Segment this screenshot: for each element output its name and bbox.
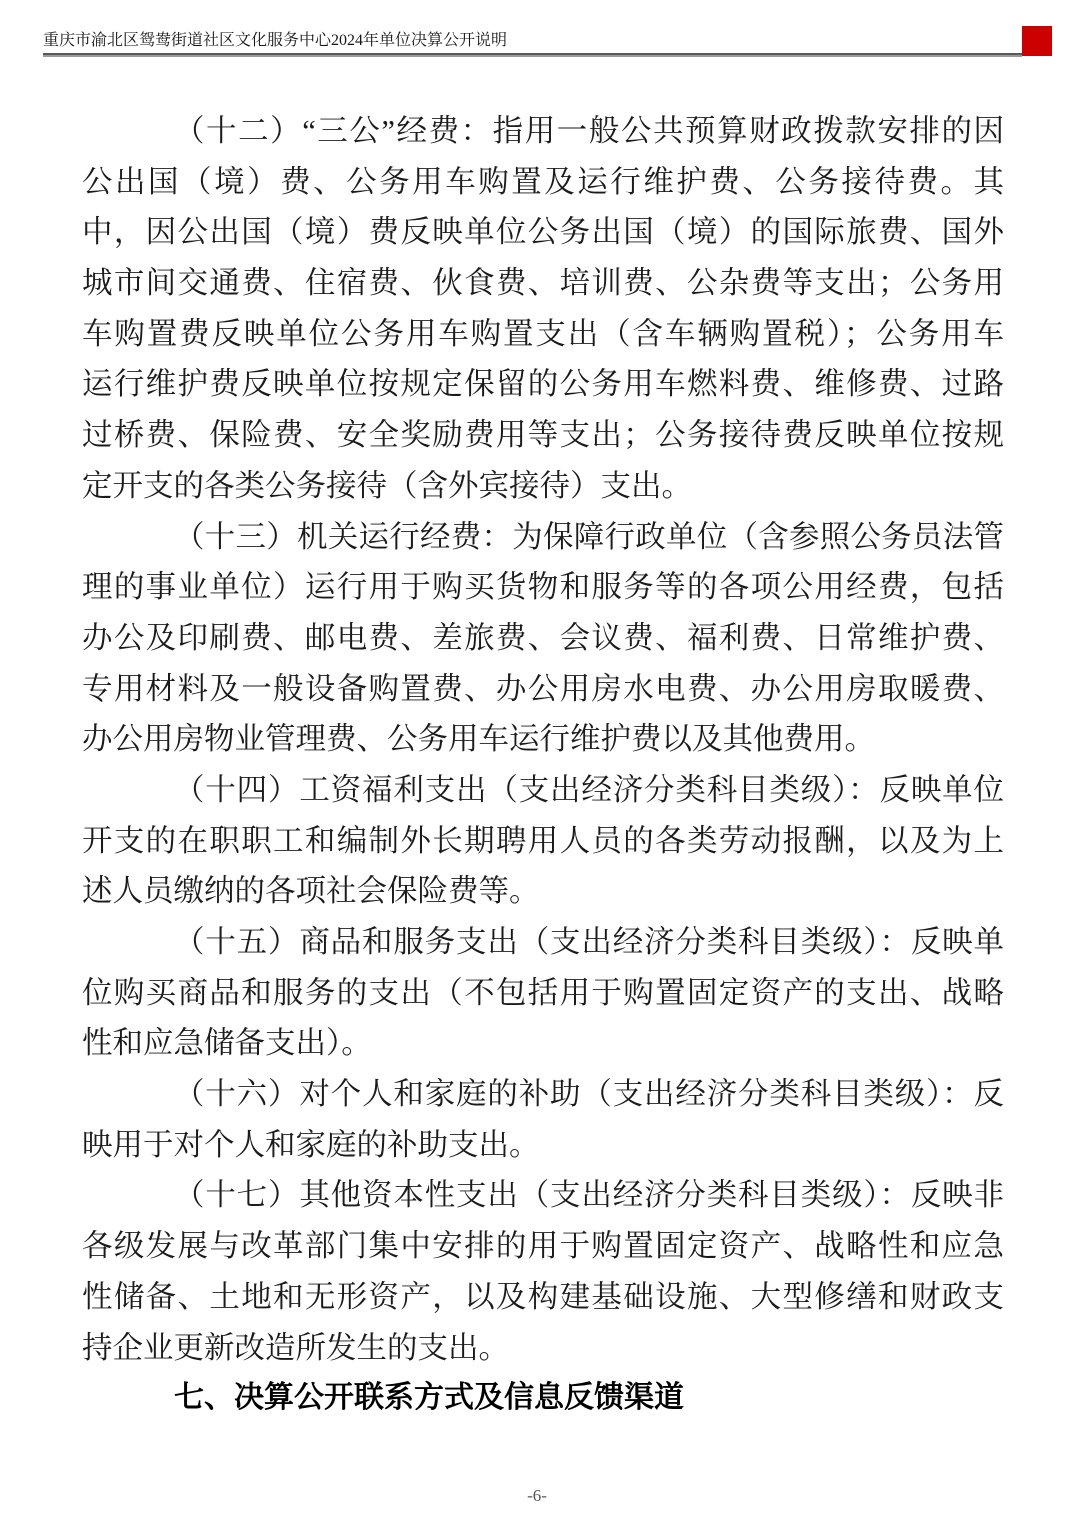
text-line: 城市间交通费、住宿费、伙食费、培训费、公杂费等支出；公务用 bbox=[82, 258, 1004, 309]
text-line: （十六）对个人和家庭的补助（支出经济分类科目类级）：反 bbox=[82, 1069, 1004, 1120]
text-line: （十七）其他资本性支出（支出经济分类科目类级）：反映非 bbox=[82, 1170, 1004, 1221]
text-line: （十二）“三公”经费：指用一般公共预算财政拨款安排的因 bbox=[82, 106, 1004, 157]
text-line: 各级发展与改革部门集中安排的用于购置固定资产、战略性和应急 bbox=[82, 1221, 1004, 1272]
text-line: 车购置费反映单位公务用车购置支出（含车辆购置税）；公务用车 bbox=[82, 309, 1004, 360]
text-line: 运行维护费反映单位按规定保留的公务用车燃料费、维修费、过路 bbox=[82, 359, 1004, 410]
text-line: 位购买商品和服务的支出（不包括用于购置固定资产的支出、战略 bbox=[82, 968, 1004, 1019]
text-line: （十三）机关运行经费：为保障行政单位（含参照公务员法管 bbox=[82, 512, 1004, 563]
text-line: 定开支的各类公务接待（含外宾接待）支出。 bbox=[82, 461, 1004, 512]
text-line: 中，因公出国（境）费反映单位公务出国（境）的国际旅费、国外 bbox=[82, 207, 1004, 258]
text-line: 办公用房物业管理费、公务用车运行维护费以及其他费用。 bbox=[82, 714, 1004, 765]
text-line: 专用材料及一般设备购置费、办公用房水电费、办公用房取暖费、 bbox=[82, 664, 1004, 715]
text-line: （十五）商品和服务支出（支出经济分类科目类级）：反映单 bbox=[82, 917, 1004, 968]
red-marker bbox=[1022, 26, 1052, 56]
text-line: 性储备、土地和无形资产，以及构建基础设施、大型修缮和财政支 bbox=[82, 1272, 1004, 1323]
document-page: 重庆市渝北区鸳鸯街道社区文化服务中心2024年单位决算公开说明 （十二）“三公”… bbox=[0, 0, 1074, 1520]
text-line: 理的事业单位）运行用于购买货物和服务等的各项公用经费，包括 bbox=[82, 562, 1004, 613]
text-line: （十四）工资福利支出（支出经济分类科目类级）：反映单位 bbox=[82, 765, 1004, 816]
text-line: 持企业更新改造所发生的支出。 bbox=[82, 1323, 1004, 1374]
page-number: -6- bbox=[0, 1486, 1074, 1506]
header-rule bbox=[43, 53, 1022, 57]
document-body: （十二）“三公”经费：指用一般公共预算财政拨款安排的因公出国（境）费、公务用车购… bbox=[82, 106, 1004, 1424]
text-line: 述人员缴纳的各项社会保险费等。 bbox=[82, 866, 1004, 917]
text-line: 办公及印刷费、邮电费、差旅费、会议费、福利费、日常维护费、 bbox=[82, 613, 1004, 664]
text-line: 映用于对个人和家庭的补助支出。 bbox=[82, 1120, 1004, 1171]
text-line: 开支的在职职工和编制外长期聘用人员的各类劳动报酬，以及为上 bbox=[82, 816, 1004, 867]
text-line: 过桥费、保险费、安全奖励费用等支出；公务接待费反映单位按规 bbox=[82, 410, 1004, 461]
text-line: 公出国（境）费、公务用车购置及运行维护费、公务接待费。其 bbox=[82, 157, 1004, 208]
section-heading: 七、决算公开联系方式及信息反馈渠道 bbox=[82, 1373, 1004, 1424]
header-title: 重庆市渝北区鸳鸯街道社区文化服务中心2024年单位决算公开说明 bbox=[43, 27, 507, 50]
text-line: 性和应急储备支出）。 bbox=[82, 1018, 1004, 1069]
